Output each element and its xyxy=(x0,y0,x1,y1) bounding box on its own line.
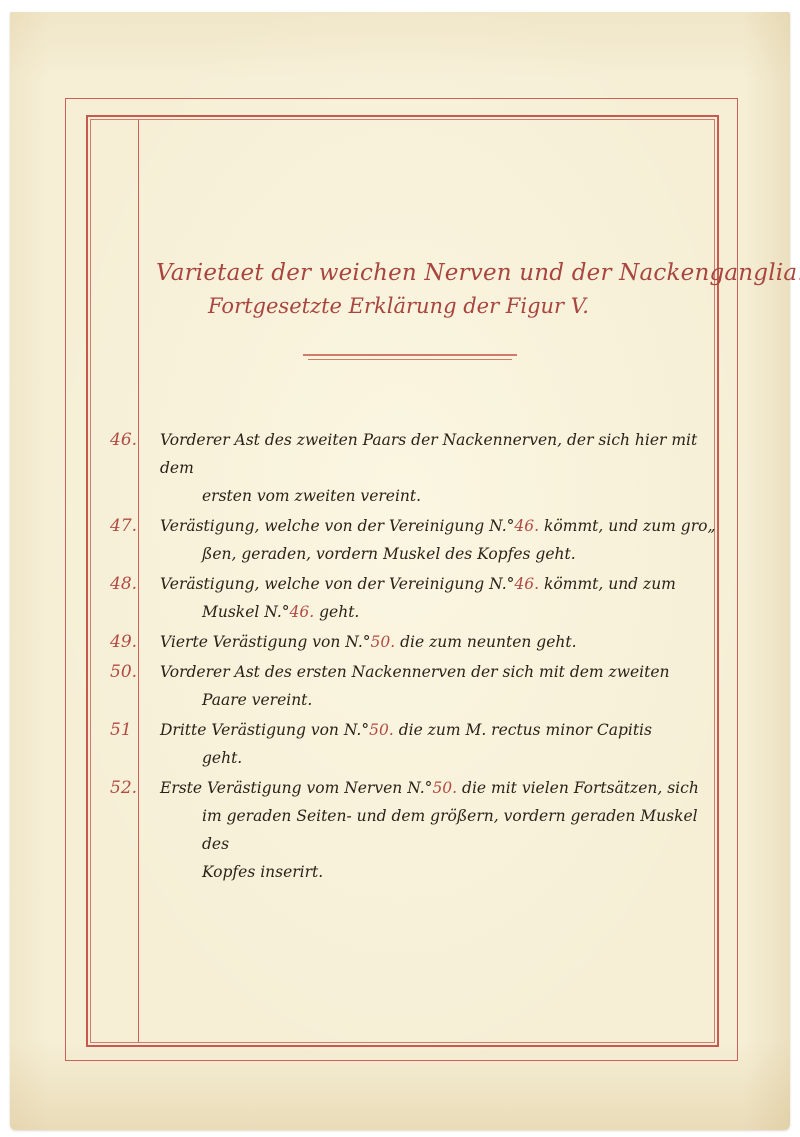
entry-line: Vierte Verästigung von xyxy=(160,633,340,651)
entry-text: Vorderer Ast des zweiten Paars der Nacke… xyxy=(160,426,720,510)
latin-term: M. rectus minor Capitis xyxy=(465,721,652,739)
list-item: 50. Vorderer Ast des ersten Nackennerven… xyxy=(100,658,720,714)
reference-number: 50. xyxy=(371,633,396,651)
entry-number: 49. xyxy=(110,628,146,656)
reference-prefix: N.° xyxy=(344,721,369,739)
entry-number: 52. xyxy=(110,774,146,802)
entry-line: Vorderer Ast des zweiten Paars der Nacke… xyxy=(160,431,697,477)
entry-text: Dritte Verästigung von N.°50. die zum M.… xyxy=(160,716,720,772)
entry-line-continued: Kopfes inserirt. xyxy=(160,858,720,886)
entry-number: 50. xyxy=(110,658,146,686)
entry-line: die mit vielen Fortsätzen, sich xyxy=(462,779,699,797)
entry-line: Dritte Verästigung von xyxy=(160,721,339,739)
reference-prefix: N.° xyxy=(345,633,370,651)
list-item: 46. Vorderer Ast des zweiten Paars der N… xyxy=(100,426,720,510)
title-divider-secondary xyxy=(308,359,512,360)
reference-prefix: N.° xyxy=(489,517,514,535)
list-item: 52. Erste Verästigung vom Nerven N.°50. … xyxy=(100,774,720,886)
entry-list: 46. Vorderer Ast des zweiten Paars der N… xyxy=(100,426,720,888)
list-item: 48. Verästigung, welche von der Vereinig… xyxy=(100,570,720,626)
entry-number: 51 xyxy=(110,716,146,744)
entry-line-continued: geht. xyxy=(160,744,720,772)
entry-number: 46. xyxy=(110,426,146,454)
entry-text: Erste Verästigung vom Nerven N.°50. die … xyxy=(160,774,720,886)
entry-line-continued: ersten vom zweiten vereint. xyxy=(160,482,720,510)
list-item: 51 Dritte Verästigung von N.°50. die zum… xyxy=(100,716,720,772)
entry-text: Verästigung, welche von der Vereinigung … xyxy=(160,512,720,568)
entry-line: Verästigung, welche von der Vereinigung xyxy=(160,517,484,535)
reference-prefix: N.° xyxy=(489,575,514,593)
reference-number: 46. xyxy=(514,517,539,535)
reference-number: 46. xyxy=(514,575,539,593)
reference-number: 46. xyxy=(290,603,315,621)
entry-line: kömmt, und zum xyxy=(544,575,676,593)
entry-line: die zum neunten geht. xyxy=(400,633,576,651)
entry-line: kömmt, und zum gro„ xyxy=(544,517,715,535)
entry-line-continued: Muskel N.°46. geht. xyxy=(160,598,720,626)
reference-number: 50. xyxy=(432,779,457,797)
title-heading: Varietaet der weichen Nerven und der Nac… xyxy=(156,260,710,286)
entry-line: Erste Verästigung vom Nerven xyxy=(160,779,402,797)
entry-number: 48. xyxy=(110,570,146,598)
entry-line: Muskel xyxy=(202,603,259,621)
entry-line: Verästigung, welche von der Vereinigung xyxy=(160,575,484,593)
entry-line: Vorderer Ast des ersten Nackennerven der… xyxy=(160,663,670,681)
title-subheading: Fortgesetzte Erklärung der Figur V. xyxy=(208,294,710,318)
entry-text: Verästigung, welche von der Vereinigung … xyxy=(160,570,720,626)
entry-text: Vierte Verästigung von N.°50. die zum ne… xyxy=(160,628,720,656)
entry-line-continued: im geraden Seiten- und dem größern, vord… xyxy=(160,802,720,858)
entry-line-continued: Paare vereint. xyxy=(160,686,720,714)
reference-prefix: N.° xyxy=(264,603,289,621)
entry-number: 47. xyxy=(110,512,146,540)
manuscript-page: Varietaet der weichen Nerven und der Nac… xyxy=(10,12,790,1130)
page-title: Varietaet der weichen Nerven und der Nac… xyxy=(150,260,710,318)
entry-line-continued: ßen, geraden, vordern Muskel des Kopfes … xyxy=(160,540,720,568)
reference-prefix: N.° xyxy=(407,779,432,797)
entry-line: die zum xyxy=(399,721,461,739)
entry-line: geht. xyxy=(319,603,359,621)
entry-text: Vorderer Ast des ersten Nackennerven der… xyxy=(160,658,720,714)
list-item: 49. Vierte Verästigung von N.°50. die zu… xyxy=(100,628,720,656)
list-item: 47. Verästigung, welche von der Vereinig… xyxy=(100,512,720,568)
title-divider xyxy=(303,354,517,356)
reference-number: 50. xyxy=(369,721,394,739)
